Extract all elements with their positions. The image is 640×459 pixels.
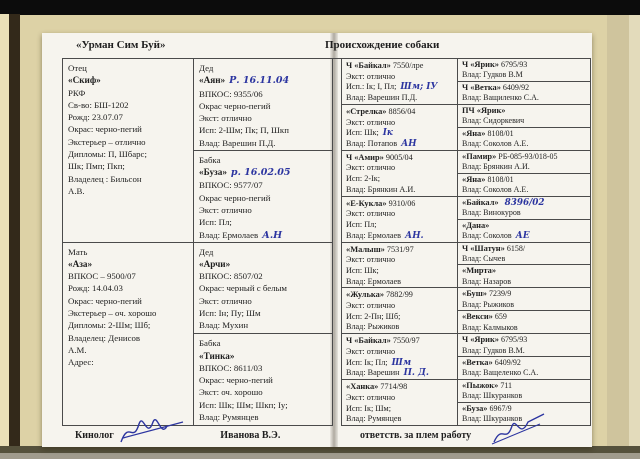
text-line: Дипломы: П, Шбарс; (68, 148, 188, 160)
dog-name: «Стрелка» (346, 107, 387, 116)
reg-number: 9310/06 (389, 199, 416, 208)
table-surface-shadow (0, 446, 640, 453)
name-line: «Векси» 659 (462, 312, 586, 322)
text-line: Окрас черно-пегий (199, 100, 327, 112)
text-line: РКФ (68, 87, 188, 99)
dog-name: «Ветка» (462, 358, 493, 367)
name-line: «Мирта» (462, 266, 586, 276)
fold-gap (333, 59, 341, 426)
exterior-line: Экст: отлично (346, 209, 453, 220)
dog-name: «Пыжок» (462, 381, 498, 390)
dog-name: «Памир» (462, 152, 496, 161)
owner-line: Влад: ЕрмолаевАН. (346, 231, 453, 242)
name-line: Ч «Ярик» 6795/93 (462, 60, 586, 70)
name-line: «Пыжок» 711 (462, 381, 586, 391)
name-line: Ч «Байкал» 7550/97 (346, 336, 453, 347)
great-grandparent-cell: «Жулька» 7882/99 Экст: отлично Исп: 2-Пн… (341, 288, 458, 334)
reg-number: РБ-085-93/018-05 (498, 152, 557, 161)
text-line: Влад: Варешин (346, 368, 400, 377)
owner-line: Влад: Брянкин А.И. (462, 162, 586, 172)
dog-name: «Мирта» (462, 266, 496, 275)
great-grandparent-cell: Ч «Байкал» 7550/лре Экст: отлично Исп.: … (341, 59, 458, 105)
reg-number: 6967/9 (489, 404, 511, 413)
reg-number: 6795/93 (501, 335, 527, 344)
name-line: «Аян»Р. 16.11.04 (199, 74, 327, 87)
text-line: ВПКОС: 9577/07 (199, 179, 327, 191)
text-line: Исп: Шк; (346, 128, 379, 137)
great-great-grandparent-cell: «Памир» РБ-085-93/018-05 Влад: Брянкин А… (458, 151, 591, 174)
reg-number: 7531/97 (387, 245, 414, 254)
cynologist-name: Иванова В.Э. (220, 430, 280, 441)
text-line: А.В. (68, 185, 188, 197)
owner-line: Влад: Варешин П.Д. (199, 137, 327, 149)
handwritten-reg: 8396/02 (505, 198, 545, 208)
reg-number: 6409/92 (503, 83, 529, 92)
reg-number: 7550/лре (393, 61, 423, 70)
owner-line: Влад: Гудков В.М (462, 70, 586, 80)
reg-number: 7550/97 (393, 336, 420, 345)
isp-line: Исп: 2-Iк; (346, 174, 453, 185)
owner-line: Влад: Брянкин А.И. (346, 185, 453, 196)
text-line: Дипломы: 2-Шм; Шб; (68, 319, 188, 331)
relation-label: Бабка (199, 337, 327, 349)
exterior-line: Экст: отлично (346, 347, 453, 358)
owner-line: Влад: Калмыков (462, 323, 586, 333)
exterior-line: Экст: отлично (346, 72, 453, 83)
dog-name: «Аза» (68, 258, 188, 270)
text-line: Влад: Рыжиков (346, 322, 399, 331)
name-line: «Е-Кукла» 9310/06 (346, 199, 453, 210)
great-grandparent-cell: «Е-Кукла» 9310/06 Экст: отлично Исп: Пл;… (341, 197, 458, 243)
exterior-line: Экст: отлично (346, 118, 453, 129)
text-line: Влад: Варешин П.Д. (346, 93, 417, 102)
owner-line: Влад: Винокуров (462, 208, 586, 218)
text-line: Шк; Пмп; Пкп; (68, 160, 188, 172)
book-spine-edge (9, 14, 20, 446)
great-great-grandparent-cell: «Яна» 8108/01 Влад: Соколов А.Е. (458, 174, 591, 197)
text-line: Исп: 2-Шм; Пк; П, Шкп (199, 124, 327, 136)
owner-line: Влад: Сычев (462, 254, 586, 264)
grandparent-cell: Дед «Арчи» ВПКОС: 8507/02 Окрас: черный … (194, 243, 333, 335)
owner-line: Влад: Назаров (462, 277, 586, 287)
mother-cell: Мать «Аза» ВПКОС – 9500/07 Рожд: 14.04.0… (63, 243, 194, 427)
text-line: Экст: отлично (199, 112, 327, 124)
text-line: Влад: Назаров (462, 277, 511, 286)
isp-line: Исп: Шк;Iк (346, 128, 453, 139)
text-line: Влад: Брянкин А.И. (346, 185, 415, 194)
reg-number: 6158/ (507, 244, 525, 253)
text-line: ВПКОС: 9355/06 (199, 88, 327, 100)
relation-label: Отец (68, 62, 188, 74)
dog-name: «Буза» (462, 404, 487, 413)
text-line: Исп: 2-Iк; (346, 174, 380, 183)
owner-line: Влад: Ермолаев (346, 277, 453, 288)
handwritten-isp: Шм; IУ (400, 82, 437, 92)
great-grandparent-cell: Ч «Амир» 9005/04 Экст: отлично Исп: 2-Iк… (341, 151, 458, 197)
text-line: Исп: Пл; (346, 220, 377, 229)
owner-line: Влад: ВарешинП. Д. (346, 368, 453, 379)
pedigree-table: Отец «Скиф» РКФ Св-во: БШ-1202 Рожд: 23.… (62, 58, 591, 426)
reg-number: 8108/01 (487, 175, 513, 184)
text-line: ВПКОС – 9500/07 (68, 270, 188, 282)
right-page-edge (629, 15, 640, 446)
name-line: Ч «Ярик» 6795/93 (462, 335, 586, 345)
text-line: Влад: Ермолаев (199, 230, 258, 240)
text-line: Влад: Потапов (346, 139, 397, 148)
name-line: «Тинка» (199, 350, 327, 362)
text-line: Окрас черно-пегий (199, 192, 327, 204)
text-line: Окрас: черный с белым (199, 282, 327, 294)
text-line: Влад: Брянкин А.И. (462, 162, 530, 171)
great-great-grandparent-cell: Ч «Ярик» 6795/93 Влад: Гудков В.М. (458, 334, 591, 357)
dog-name: «Скиф» (68, 74, 188, 86)
handwritten-initials: П. Д. (404, 368, 429, 378)
dog-name: Ч «Шатун» (462, 244, 505, 253)
dog-name: «Дана» (462, 221, 489, 230)
relation-label: Бабка (199, 154, 327, 166)
grandparent-cell: Дед «Аян»Р. 16.11.04 ВПКОС: 9355/06 Окра… (194, 59, 333, 151)
name-line: «Буза» 6967/9 (462, 404, 586, 414)
relation-label: Дед (199, 62, 327, 74)
text-line: ВПКОС: 8507/02 (199, 270, 327, 282)
text-line: Экстерьер – отлично (68, 136, 188, 148)
text-line: Рожд: 23.07.07 (68, 111, 188, 123)
text-line: Влад: Соколов А.Е. (462, 185, 528, 194)
exterior-line: Экст: отлично (346, 255, 453, 266)
name-line: Ч «Амир» 9005/04 (346, 153, 453, 164)
reg-number: 8856/04 (389, 107, 416, 116)
name-line: «Яна» 8108/01 (462, 129, 586, 139)
text-line: Окрас: черно-пегий (199, 374, 327, 386)
owner-line: Влад: Варешин П.Д. (346, 93, 453, 104)
great-grandparent-cell: «Стрелка» 8856/04 Экст: отлично Исп: Шк;… (341, 105, 458, 151)
text-line: Св-во: БШ-1202 (68, 99, 188, 111)
great-grandparent-cell: Ч «Байкал» 7550/97 Экст: отлично Исп: Iк… (341, 334, 458, 380)
handwritten-isp: Iк (383, 128, 393, 138)
table-surface (0, 453, 640, 459)
name-line: «Байкал» 8396/02 (462, 198, 586, 208)
text-line: Влад: Ермолаев (346, 277, 401, 286)
text-line: Владелец : Бильсон (68, 173, 188, 185)
text-line: Исп: Шк; Шм; Шкп; Iу; (199, 399, 327, 411)
owner-line: Влад: Рыжиков (462, 300, 586, 310)
name-line: «Ветка» 6409/92 (462, 358, 586, 368)
dog-name: «Буза» (199, 167, 227, 177)
text-line: Владелец: Денисов (68, 332, 188, 344)
name-line: «Буш» 7239/9 (462, 289, 586, 299)
text-line: Исп: Iк; Пл; (346, 358, 388, 367)
name-line: «Памир» РБ-085-93/018-05 (462, 152, 586, 162)
great-grandparent-cell: «Малыш» 7531/97 Экст: отлично Исп: Шк; В… (341, 243, 458, 289)
text-line: Исп: Пл; (199, 216, 327, 228)
text-line: Влад: Варешин П.Д. (199, 138, 276, 148)
dog-name: Ч «Ярик» (462, 335, 499, 344)
text-line: Влад: Гудков В.М. (462, 346, 525, 355)
text-line: Влад: Шкуранков (462, 414, 522, 423)
text-line: Окрас: черно-пегий (68, 295, 188, 307)
reg-number: 659 (495, 312, 507, 321)
owner-line: Влад: ПотаповАН (346, 139, 453, 150)
great-great-grandparent-cell: Ч «Ветка» 6409/92 Влад: Ващиленко С.А. (458, 82, 591, 105)
isp-line: Исп: 2-Пн; Шб; (346, 312, 453, 323)
text-line: Влад: Мухин (199, 319, 327, 331)
grandparent-cell: Бабка «Тинка» ВПКОС: 8611/03 Окрас: черн… (194, 334, 333, 426)
text-line: Влад: Ващиленко С.А. (462, 93, 539, 102)
reg-number: 6409/92 (495, 358, 521, 367)
great-great-grandparent-cell: Ч «Ярик» 6795/93 Влад: Гудков В.М (458, 59, 591, 82)
text-line: Влад: Румянцев (199, 411, 327, 423)
handwritten-initials: АН (401, 139, 416, 149)
text-line: Влад: Румянцев (346, 414, 401, 423)
reg-number: 7714/98 (380, 382, 407, 391)
owner-line: Влад: ЕрмолаевА.Н (199, 229, 327, 242)
dog-name: «Жулька» (346, 290, 384, 299)
isp-line: Исп: Шк; (346, 266, 453, 277)
reg-number: 7882/99 (386, 290, 413, 299)
reg-number: 8108/01 (487, 129, 513, 138)
scanned-pedigree-photo: { "header": {"kennel": "«Урман Сим Буй»"… (0, 0, 640, 459)
kennel-name: «Урман Сим Буй» (76, 39, 166, 51)
cynologist-line: Кинолог Иванова В.Э. (75, 430, 280, 441)
text-line: Влад: Соколов (462, 231, 512, 240)
dog-name: «Аян» (199, 75, 225, 85)
owner-line: Влад: Сидоркевич (462, 116, 586, 126)
great-great-grandparent-cell: Ч «Шатун» 6158/ Влад: Сычев (458, 243, 591, 266)
isp-line: Исп: Iк; Пл;Шм (346, 358, 453, 369)
text-line: Исп: Шк; (346, 266, 379, 275)
isp-line: Исп: Пл; (346, 220, 453, 231)
breeding-officer-line: ответств. за плем работу (360, 430, 471, 441)
name-line: «Арчи» (199, 258, 327, 270)
great-grandparent-cell: «Ханка» 7714/98 Экст: отлично Исп: Iк; Ш… (341, 380, 458, 426)
text-line: Влад: Ермолаев (346, 231, 401, 240)
relation-label: Дед (199, 246, 327, 258)
pedigree-sheet: «Урман Сим Буй» Происхождение собаки Оте… (42, 33, 592, 447)
dog-name: «Векси» (462, 312, 493, 321)
owner-line: Влад: Ващеленко С.А. (462, 368, 586, 378)
exterior-line: Экст: отлично (346, 301, 453, 312)
text-line: Окрас: черно-пегий (68, 123, 188, 135)
name-line: «Жулька» 7882/99 (346, 290, 453, 301)
text-line: Влад: Шкуранков (462, 391, 522, 400)
great-great-grandparent-cell: «Байкал» 8396/02 Влад: Винокуров (458, 197, 591, 220)
dog-name: «Малыш» (346, 245, 385, 254)
isp-line: Исп.: Iк; I, Пл;Шм; IУ (346, 82, 453, 93)
owner-line: Влад: Шкуранков (462, 414, 586, 424)
name-line: «Дана» (462, 221, 586, 231)
owner-line: Влад: Соколов А.Е. (462, 185, 586, 195)
exterior-line: Экст: отлично (346, 393, 453, 404)
owner-line: Влад: СоколовАЕ (462, 231, 586, 241)
text-line: Влад: Ващеленко С.А. (462, 368, 538, 377)
great-great-grandparent-cell: «Мирта» Влад: Назаров (458, 265, 591, 288)
owner-line: Влад: Ващиленко С.А. (462, 93, 586, 103)
name-line: «Яна» 8108/01 (462, 175, 586, 185)
dog-name: «Яна» (462, 129, 485, 138)
relation-label: Мать (68, 246, 188, 258)
great-great-grandparent-cell: «Ветка» 6409/92 Влад: Ващеленко С.А. (458, 357, 591, 380)
text-line: Исп: Iн; Пу; Шм (199, 307, 327, 319)
owner-line: Влад: Рыжиков (346, 322, 453, 333)
text-line: Влад: Сычев (462, 254, 505, 263)
text-line: Экст: отлично (199, 295, 327, 307)
owner-line: Влад: Соколов А.Е. (462, 139, 586, 149)
text-line: Влад: Рыжиков (462, 300, 514, 309)
text-line: Влад: Сидоркевич (462, 116, 524, 125)
great-great-grandparent-cell: «Яна» 8108/01 Влад: Соколов А.Е. (458, 128, 591, 151)
reg-number: 7239/9 (489, 289, 511, 298)
name-line: «Буза»р. 16.02.05 (199, 166, 327, 179)
book-cover-top-edge (0, 0, 640, 15)
text-line: Влад: Калмыков (462, 323, 518, 332)
text-line: Адрес: (68, 356, 188, 368)
reg-number: 711 (500, 381, 512, 390)
name-line: ПЧ «Ярик» (462, 106, 586, 116)
dog-name: «Яна» (462, 175, 485, 184)
great-great-grandparent-cell: «Дана» Влад: СоколовАЕ (458, 220, 591, 243)
isp-line: Исп: Iк; Шм; (346, 404, 453, 415)
owner-line: Влад: Шкуранков (462, 391, 586, 401)
name-line: Ч «Байкал» 7550/лре (346, 61, 453, 72)
reg-number: 6795/93 (501, 60, 527, 69)
dog-name: Ч «Ветка» (462, 83, 501, 92)
dog-name: «Байкал» (462, 198, 499, 207)
dog-name: Ч «Байкал» (346, 61, 391, 70)
page-edge-strip (0, 14, 9, 454)
dog-name: «Е-Кукла» (346, 199, 387, 208)
dog-name: ПЧ «Ярик» (462, 106, 506, 115)
great-great-grandparent-cell: ПЧ «Ярик» Влад: Сидоркевич (458, 105, 591, 128)
handwritten-initials: АН. (405, 231, 424, 241)
cynologist-label: Кинолог (75, 430, 114, 441)
dog-name: «Буш» (462, 289, 487, 298)
dog-name: Ч «Байкал» (346, 336, 391, 345)
reg-number: 9005/04 (386, 153, 413, 162)
handwritten-isp: Шм (392, 358, 412, 368)
dog-name: «Ханка» (346, 382, 378, 391)
text-line: Рожд: 14.04.03 (68, 282, 188, 294)
great-great-grandparent-cell: «Пыжок» 711 Влад: Шкуранков (458, 380, 591, 403)
grandparent-cell: Бабка «Буза»р. 16.02.05 ВПКОС: 9577/07 О… (194, 151, 333, 243)
text-line: Исп.: Iк; I, Пл; (346, 82, 396, 91)
breeding-officer-label: ответств. за плем работу (360, 430, 471, 441)
page-title: Происхождение собаки (325, 39, 439, 51)
text-line: Исп: Iк; Шм; (346, 404, 391, 413)
great-great-grandparent-cell: «Векси» 659 Влад: Калмыков (458, 311, 591, 334)
handwritten-initials: АЕ (516, 231, 530, 241)
dog-name: «Тинка» (199, 351, 234, 361)
handwritten-birth-date: Р. 16.11.04 (229, 75, 289, 86)
great-great-grandparent-cell: «Буш» 7239/9 Влад: Рыжиков (458, 288, 591, 311)
owner-line: Влад: Румянцев (346, 414, 453, 425)
text-line: Влад: Гудков В.М (462, 70, 523, 79)
father-cell: Отец «Скиф» РКФ Св-во: БШ-1202 Рожд: 23.… (63, 59, 194, 243)
text-line: Исп: 2-Пн; Шб; (346, 312, 400, 321)
name-line: «Стрелка» 8856/04 (346, 107, 453, 118)
text-line: ВПКОС: 8611/03 (199, 362, 327, 374)
handwritten-initials: А.Н (262, 230, 282, 241)
dog-name: Ч «Амир» (346, 153, 384, 162)
text-line: Влад: Соколов А.Е. (462, 139, 528, 148)
text-line: Экст: оч. хорошо (199, 386, 327, 398)
text-line: Экстерьер – оч. хорошо (68, 307, 188, 319)
exterior-line: Экст: отлично (346, 163, 453, 174)
text-line: Экст: отлично (199, 204, 327, 216)
name-line: «Малыш» 7531/97 (346, 245, 453, 256)
great-great-grandparent-cell: «Буза» 6967/9 Влад: Шкуранков (458, 403, 591, 426)
dog-name: Ч «Ярик» (462, 60, 499, 69)
dog-name: «Арчи» (199, 259, 230, 269)
name-line: Ч «Ветка» 6409/92 (462, 83, 586, 93)
owner-line: Влад: Гудков В.М. (462, 346, 586, 356)
name-line: «Ханка» 7714/98 (346, 382, 453, 393)
text-line: Влад: Винокуров (462, 208, 521, 217)
name-line: Ч «Шатун» 6158/ (462, 244, 586, 254)
text-line: А.М. (68, 344, 188, 356)
handwritten-birth-date: р. 16.02.05 (231, 167, 291, 178)
